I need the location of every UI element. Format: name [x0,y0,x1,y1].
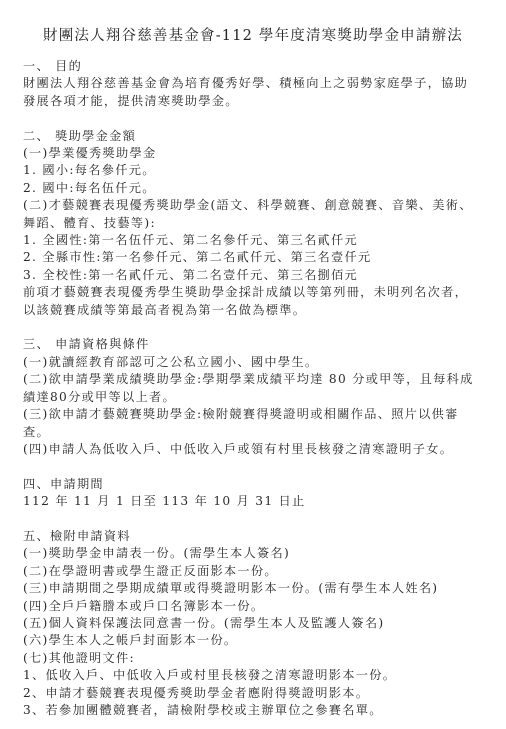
section-heading: 四、申請期間 [23,476,493,493]
list-item: 績達80分或甲等以上者。 [23,389,493,406]
list-item: 2、申請才藝競賽表現優秀獎助學金者應附得獎證明影本。 [23,685,493,702]
document-title: 財團法人翔谷慈善基金會-112 學年度清寒獎助學金申請辦法 [0,24,506,45]
spacer [23,458,493,475]
list-item: (二)在學證明書或學生證正反面影本一份。 [23,563,493,580]
section-heading: 三、 申請資格與條件 [23,336,493,353]
section-eligibility: 三、 申請資格與條件 (一)就讀經教育部認可之公私立國小、國中學生。 (二)欲申… [23,336,493,458]
spacer [23,511,493,528]
section-amounts: 二、 獎助學金金額 (一)學業優秀獎助學金 1. 國小:每名參仟元。 2. 國中… [23,128,493,319]
list-item: (四)全戶戶籍謄本或戶口名簿影本一份。 [23,598,493,615]
section-heading: 五、檢附申請資料 [23,528,493,545]
paragraph-line: 財團法人翔谷慈善基金會為培育優秀好學、積極向上之弱勢家庭學子，協助 [23,75,493,92]
list-item: 3. 全校性:第一名貳仟元、第二名壹仟元、第三名捌佰元 [23,267,493,284]
list-item: (四)申請人為低收入戶、中低收入戶或領有村里長核發之清寒證明子女。 [23,441,493,458]
list-item: (二)欲申請學業成績獎助學金:學期學業成績平均達 80 分或甲等，且每科成 [23,371,493,388]
list-item: (五)個人資料保護法同意書一份。(需學生本人及監護人簽名) [23,615,493,632]
list-item: (一)就讀經教育部認可之公私立國小、國中學生。 [23,354,493,371]
document-page: 財團法人翔谷慈善基金會-112 學年度清寒獎助學金申請辦法 一、 目的 財團法人… [0,0,506,729]
list-item: (一)學業優秀獎助學金 [23,145,493,162]
paragraph-line: 前項才藝競賽表現優秀學生獎助學金採計成績以等第列冊，未明列名次者， [23,284,493,301]
list-item: 查。 [23,424,493,441]
spacer [23,110,493,127]
list-item: 3、若參加團體競賽者，請檢附學校或主辦單位之參賽名單。 [23,702,493,719]
list-item: 2. 全縣市性:第一名參仟元、第二名貳仟元、第三名壹仟元 [23,249,493,266]
section-purpose: 一、 目的 財團法人翔谷慈善基金會為培育優秀好學、積極向上之弱勢家庭學子，協助 … [23,58,493,110]
list-item: 1. 全國性:第一名伍仟元、第二名參仟元、第三名貳仟元 [23,232,493,249]
list-item: (一)獎助學金申請表一份。(需學生本人簽名) [23,545,493,562]
list-item: 舞蹈、體育、技藝等): [23,215,493,232]
list-item: (二)才藝競賽表現優秀獎助學金(語文、科學競賽、創意競賽、音樂、美術、 [23,197,493,214]
paragraph-line: 發展各項才能，提供清寒獎助學金。 [23,93,493,110]
list-item: (六)學生本人之帳戶封面影本一份。 [23,632,493,649]
list-item: (三)申請期間之學期成績單或得獎證明影本一份。(需有學生本人姓名) [23,580,493,597]
list-item: (七)其他證明文件: [23,650,493,667]
list-item: 1、低收入戶、中低收入戶或村里長核發之清寒證明影本一份。 [23,667,493,684]
section-documents: 五、檢附申請資料 (一)獎助學金申請表一份。(需學生本人簽名) (二)在學證明書… [23,528,493,719]
list-item: 2. 國中:每名伍仟元。 [23,180,493,197]
document-body: 一、 目的 財團法人翔谷慈善基金會為培育優秀好學、積極向上之弱勢家庭學子，協助 … [23,58,493,719]
spacer [23,319,493,336]
paragraph-line: 以該競賽成績等第最高者視為第一名做為標準。 [23,302,493,319]
section-heading: 一、 目的 [23,58,493,75]
list-item: (三)欲申請才藝競賽獎助學金:檢附競賽得獎證明或相關作品、照片以供審 [23,406,493,423]
section-period: 四、申請期間 112 年 11 月 1 日至 113 年 10 月 31 日止 [23,476,493,511]
section-heading: 二、 獎助學金金額 [23,128,493,145]
list-item: 1. 國小:每名參仟元。 [23,162,493,179]
application-period: 112 年 11 月 1 日至 113 年 10 月 31 日止 [23,493,493,510]
